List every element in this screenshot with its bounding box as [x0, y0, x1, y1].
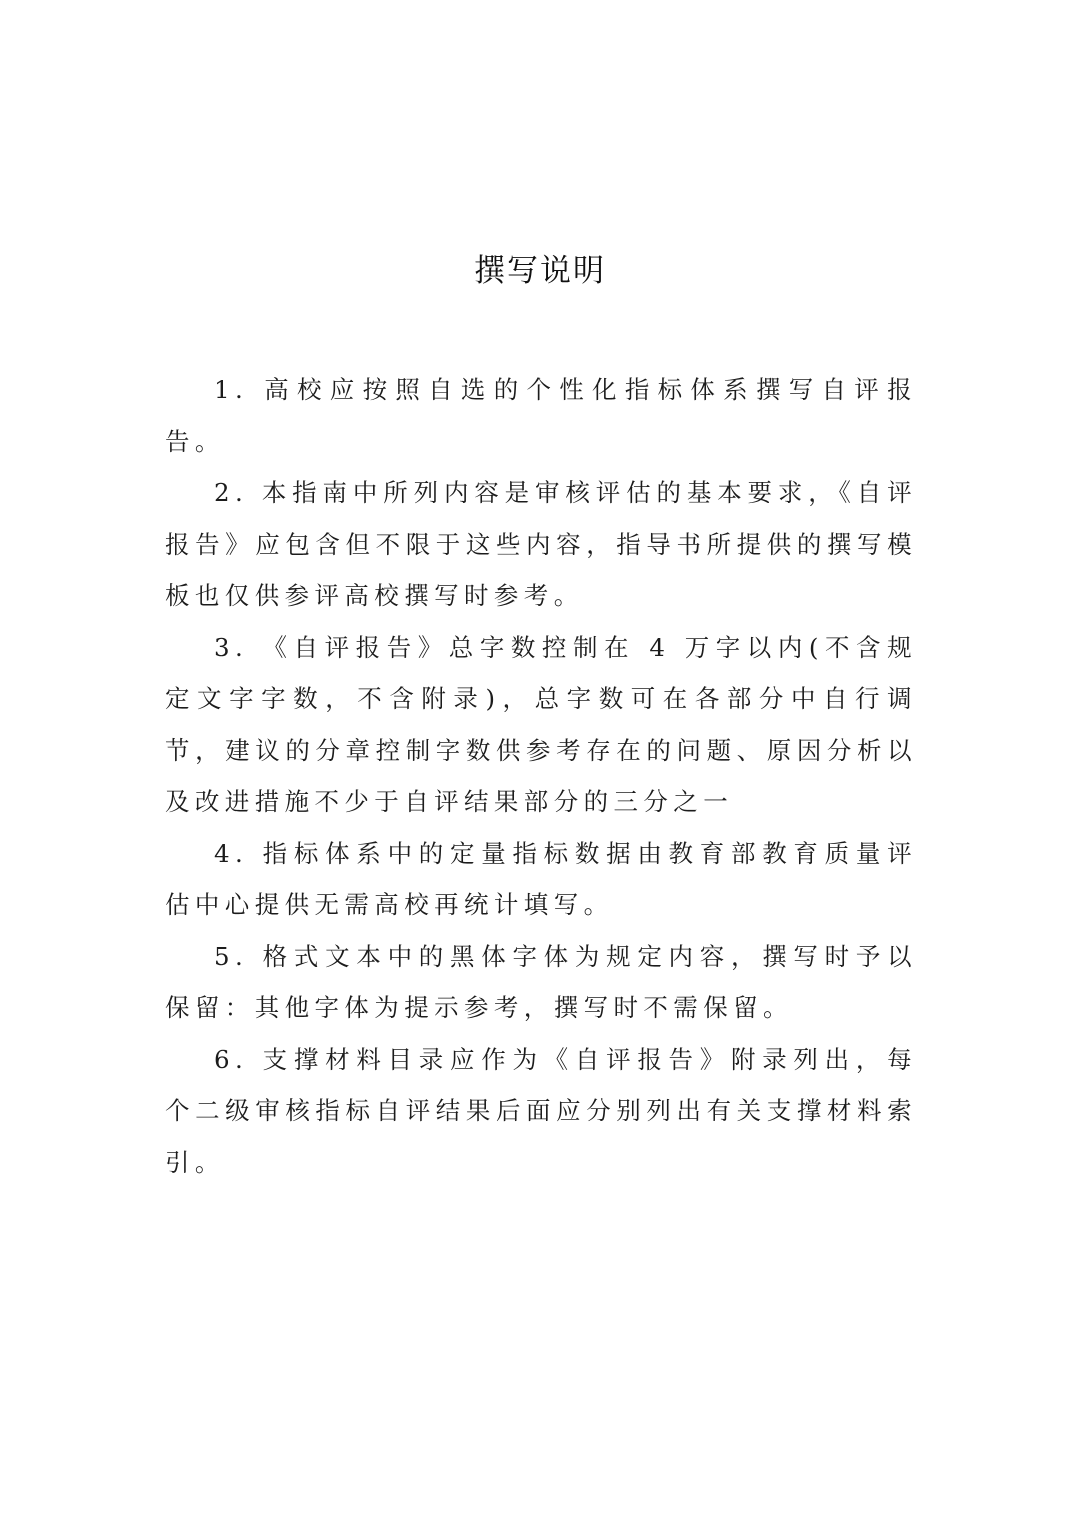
paragraph-1: 1. 高校应按照自选的个性化指标体系撰写自评报告。 — [165, 364, 917, 467]
document-body: 1. 高校应按照自选的个性化指标体系撰写自评报告。 2. 本指南中所列内容是审核… — [165, 364, 917, 1188]
paragraph-4: 4. 指标体系中的定量指标数据由教育部教育质量评估中心提供无需高校再统计填写。 — [165, 828, 917, 931]
document-page: 撰写说明 1. 高校应按照自选的个性化指标体系撰写自评报告。 2. 本指南中所列… — [0, 0, 1080, 1528]
paragraph-2: 2. 本指南中所列内容是审核评估的基本要求，《自评报告》应包含但不限于这些内容，… — [165, 467, 917, 622]
paragraph-6: 6. 支撑材料目录应作为《自评报告》附录列出，每个二级审核指标自评结果后面应分别… — [165, 1034, 917, 1189]
paragraph-3: 3. 《自评报告》总字数控制在 4 万字以内(不含规定文字字数，不含附录)，总字… — [165, 622, 917, 828]
page-title: 撰写说明 — [0, 248, 1080, 294]
paragraph-5: 5. 格式文本中的黑体字体为规定内容，撰写时予以保留：其他字体为提示参考，撰写时… — [165, 931, 917, 1034]
